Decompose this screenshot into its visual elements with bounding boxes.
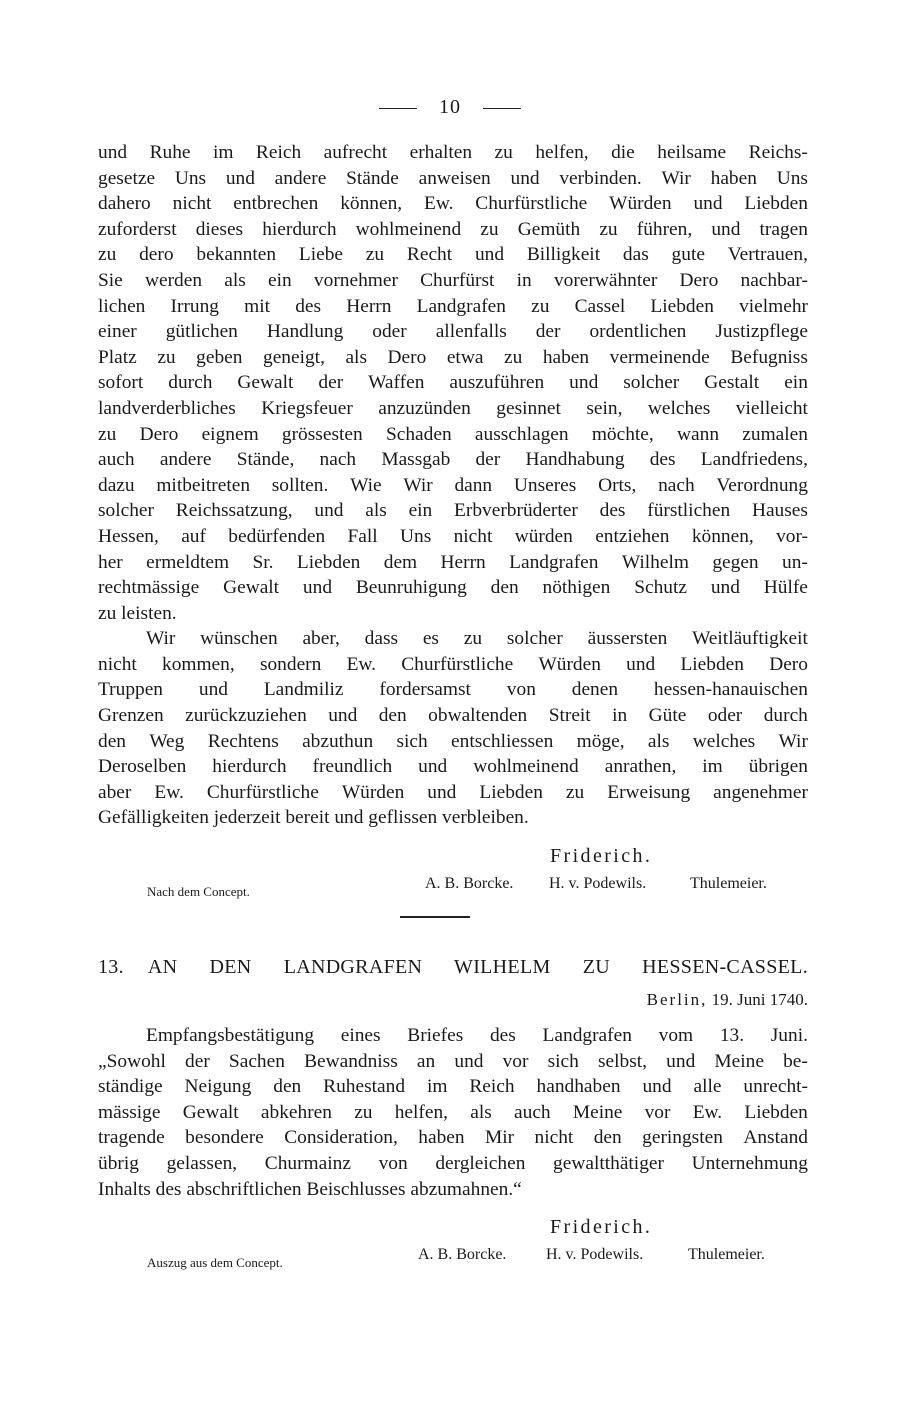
page-number: 10 (439, 96, 461, 118)
summary-line: EmpfangsbestätigungeinesBriefesdesLandgr… (98, 1023, 808, 1049)
text-line: zuderobekanntenLiebezuRechtundBilligkeit… (98, 242, 808, 268)
dateline: Berlin, 19. Juni 1740. (560, 990, 808, 1010)
page-number-dash-left (379, 108, 417, 109)
countersigner-thulemeier: Thulemeier. (690, 875, 767, 893)
text-line: gesetzeUnsundandereStändeanweisenundverb… (98, 166, 808, 192)
text-line: rechtmässigeGewaltundBeunruhigungdennöth… (98, 575, 808, 601)
text-line: tragendebesondereConsideration,habenMirn… (98, 1125, 808, 1151)
text-line: ständigeNeigungdenRuhestandimReichhandha… (98, 1074, 808, 1100)
text-line: zuDeroeignemgrössestenSchadenausschlagen… (98, 422, 808, 448)
text-line: auchandereStände,nachMassgabderHandhabun… (98, 447, 808, 473)
dateline-place: Berlin, (647, 990, 708, 1009)
text-line: SiewerdenalseinvornehmerChurfürstinvorer… (98, 268, 808, 294)
source-note: Nach dem Concept. (147, 884, 250, 900)
text-line: zuforderstdieseshierdurchwohlmeinendzuGe… (98, 217, 808, 243)
signature-friderich: Friderich. (550, 1216, 652, 1239)
text-line: daheronichtentbrechenkönnen,Ew.Churfürst… (98, 191, 808, 217)
source-note: Auszug aus dem Concept. (147, 1255, 283, 1271)
text-line: mässigeGewaltabkehrenzuhelfen,alsauchMei… (98, 1100, 808, 1126)
text-line: TruppenundLandmilizfordersamstvondenenhe… (98, 677, 808, 703)
countersigner-podewils: H. v. Podewils. (549, 875, 646, 893)
text-line: Wirwünschenaber,dasseszusolcheräusserste… (98, 626, 808, 652)
letter-title: AN DEN LANDGRAFEN WILHELM ZU HESSEN-CASS… (148, 956, 808, 979)
text-line: einergütlichenHandlungoderallenfallsdero… (98, 319, 808, 345)
text-line: Platzzugebengeneigt,alsDeroetwazuhabenve… (98, 345, 808, 371)
text-line: aberEw.ChurfürstlicheWürdenundLiebdenzuE… (98, 780, 808, 806)
countersigner-podewils: H. v. Podewils. (546, 1246, 643, 1264)
letter-13-body: EmpfangsbestätigungeinesBriefesdesLandgr… (98, 1023, 808, 1202)
text-line: lichenIrrungmitdesHerrnLandgrafenzuCasse… (98, 294, 808, 320)
text-line: übriggelassen,Churmainzvondergleichengew… (98, 1151, 808, 1177)
text-line: herermeldtemSr.LiebdendemHerrnLandgrafen… (98, 550, 808, 576)
signature-friderich: Friderich. (550, 845, 652, 868)
text-line: Hessen,aufbedürfendenFallUnsnichtwürdene… (98, 524, 808, 550)
page-number-header: 10 (0, 96, 900, 119)
text-line: sofortdurchGewaltderWaffenauszuführenund… (98, 370, 808, 396)
text-line: Inhalts des abschriftlichen Beischlusses… (98, 1177, 808, 1203)
countersigner-borcke: A. B. Borcke. (418, 1246, 506, 1264)
dateline-date: 19. Juni 1740. (712, 990, 808, 1009)
text-line: GrenzenzurückzuziehenunddenobwaltendenSt… (98, 703, 808, 729)
text-line: dazumitbeitretensollten.WieWirdannUnsere… (98, 473, 808, 499)
text-line: nichtkommen,sondernEw.ChurfürstlicheWürd… (98, 652, 808, 678)
text-line: denWegRechtensabzuthunsichentschliessenm… (98, 729, 808, 755)
letter-13-heading: 13. AN DEN LANDGRAFEN WILHELM ZU HESSEN-… (98, 956, 808, 979)
letter-number: 13. (98, 956, 124, 979)
letter-12-body: undRuheimReichaufrechterhaltenzuhelfen,d… (98, 140, 808, 831)
text-line: zu leisten. (98, 601, 808, 627)
text-line: „SowohlderSachenBewandnissanundvorsichse… (98, 1049, 808, 1075)
text-line: Deroselbenhierdurchfreundlichundwohlmein… (98, 754, 808, 780)
countersigner-borcke: A. B. Borcke. (425, 875, 513, 893)
section-divider (400, 916, 470, 918)
text-line: Gefälligkeiten jederzeit bereit und gefl… (98, 805, 808, 831)
text-line: solcherReichssatzung,undalseinErbverbrüd… (98, 498, 808, 524)
countersigner-thulemeier: Thulemeier. (688, 1246, 765, 1264)
text-line: landverderblichesKriegsfeueranzuzündenge… (98, 396, 808, 422)
page-number-dash-right (483, 108, 521, 109)
text-line: undRuheimReichaufrechterhaltenzuhelfen,d… (98, 140, 808, 166)
document-page: 10 undRuheimReichaufrechterhaltenzuhelfe… (0, 0, 900, 1404)
